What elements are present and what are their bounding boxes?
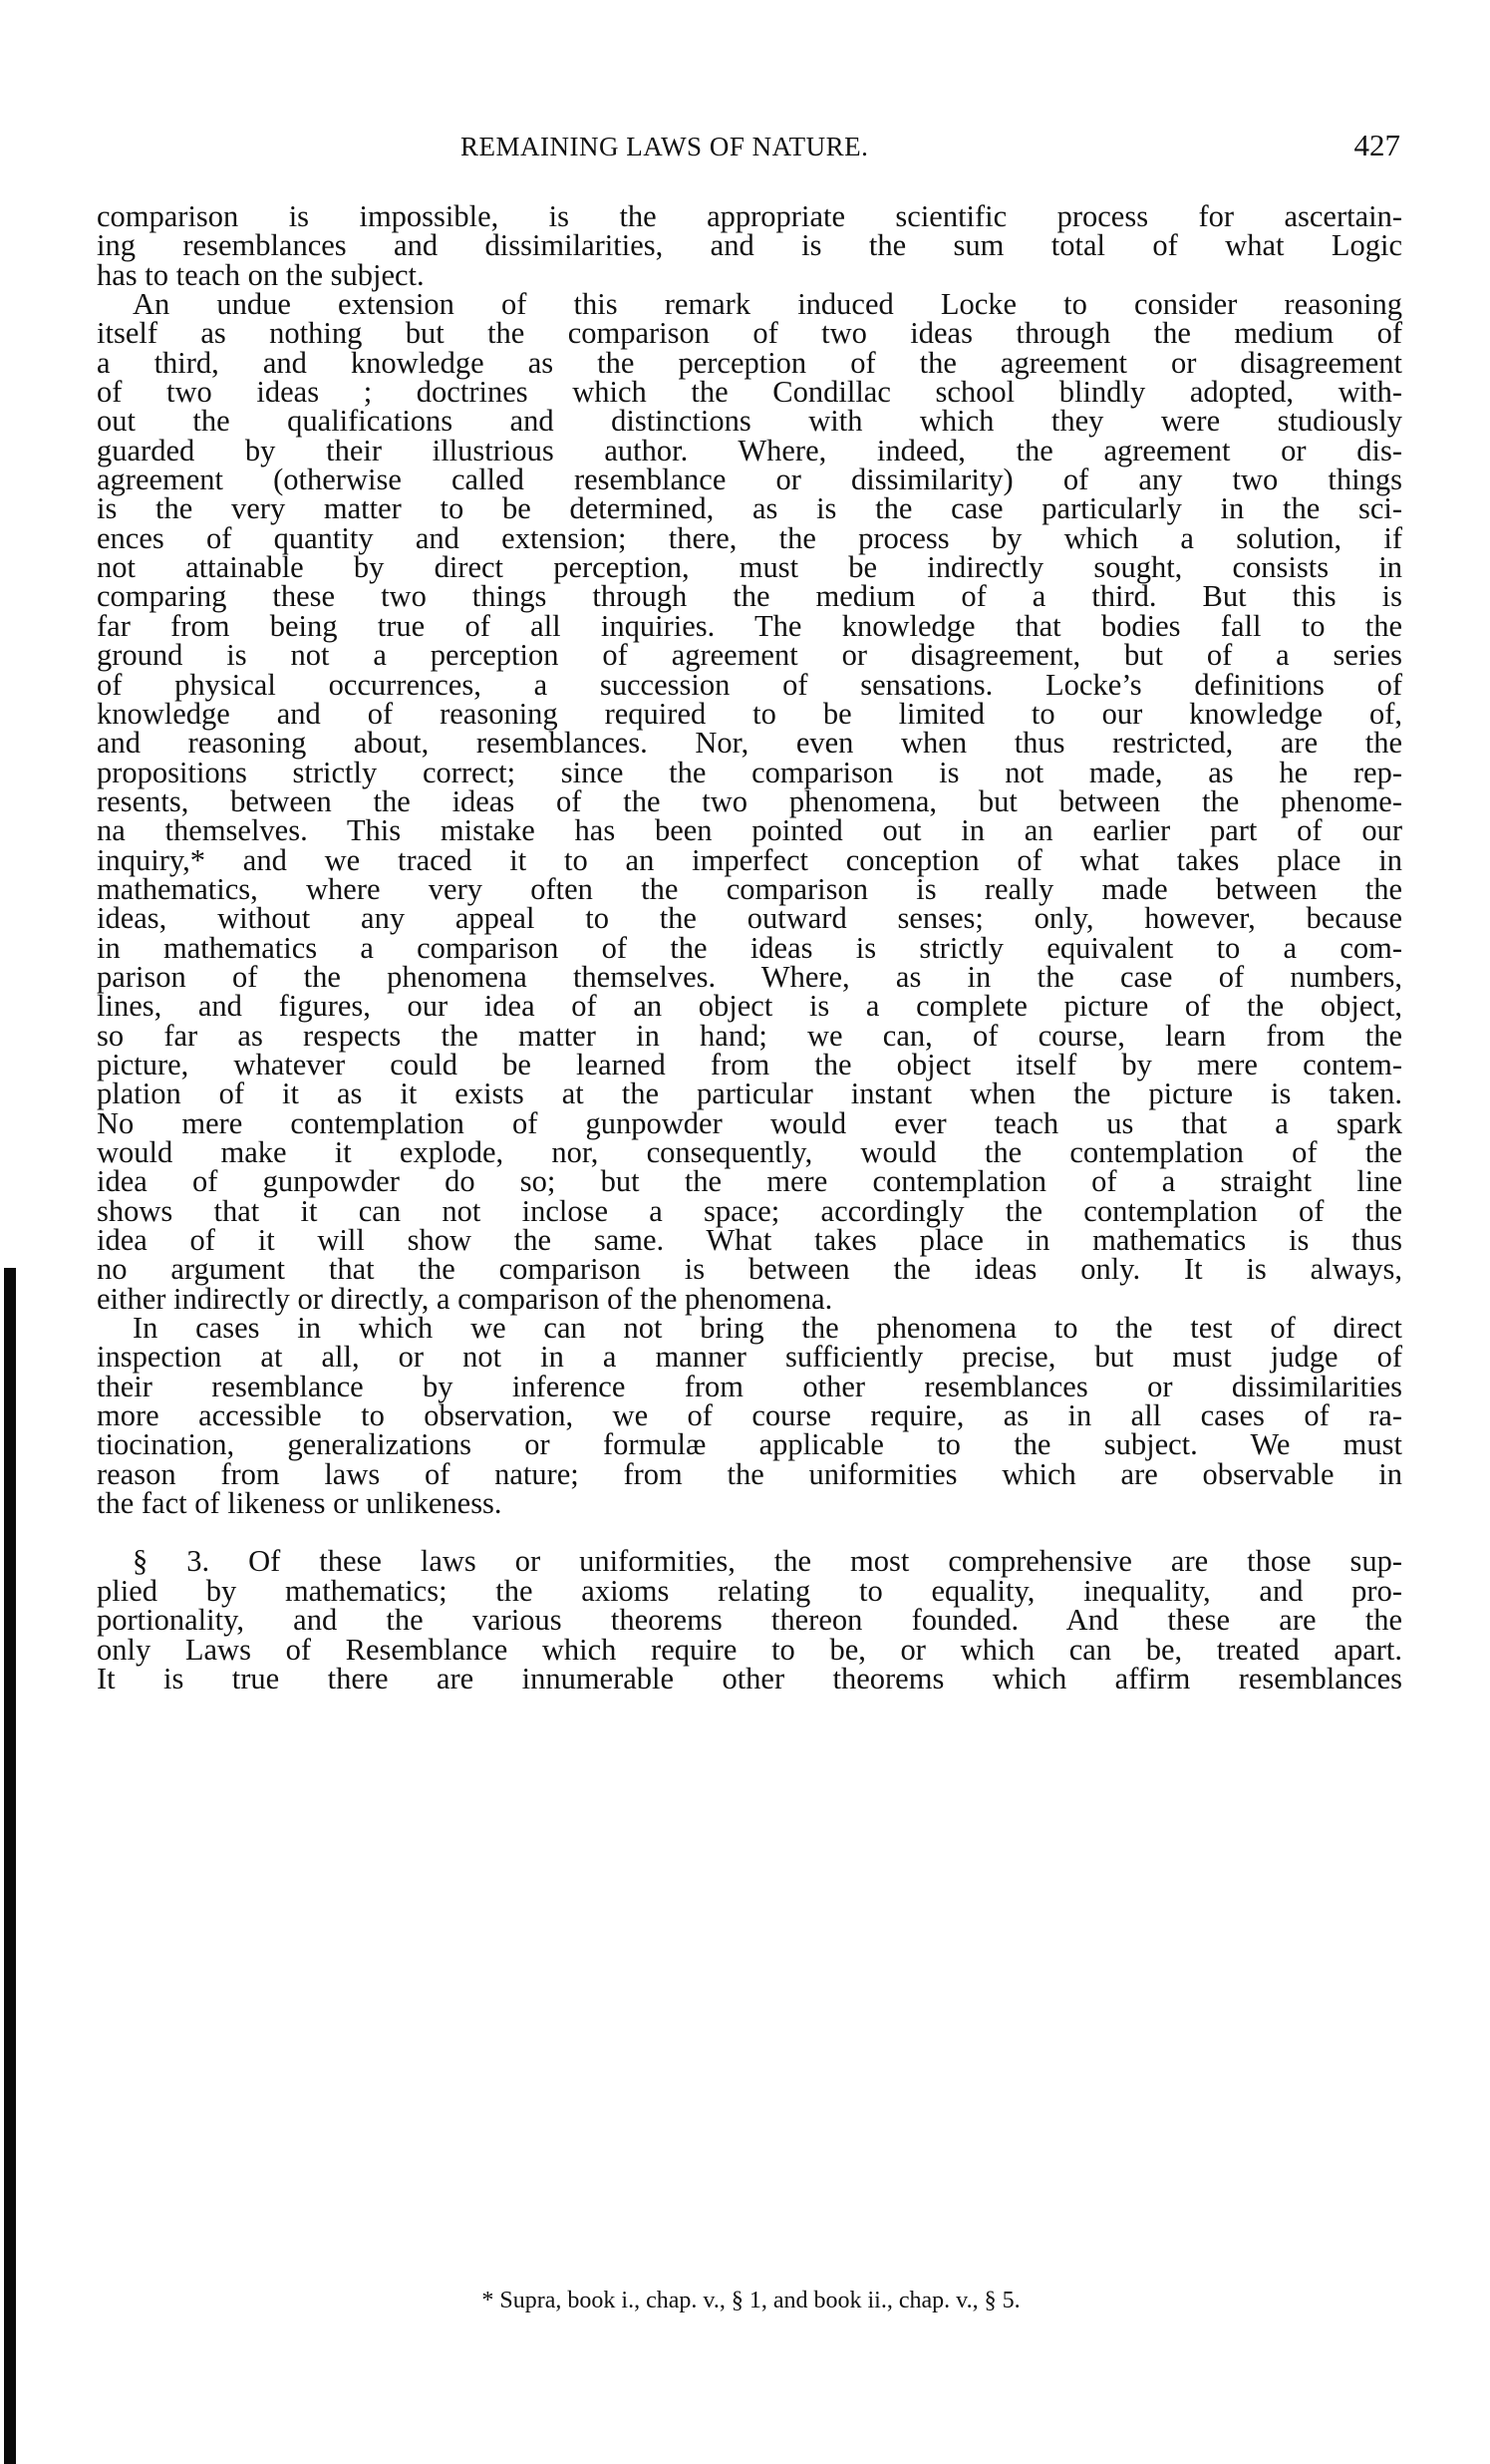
text-line: is the very matter to be determined, as … <box>97 494 1402 523</box>
text-line: far from being true of all inquiries. Th… <box>97 612 1402 641</box>
text-line: ground is not a perception of agreement … <box>97 641 1402 670</box>
text-line: idea of it will show the same. What take… <box>97 1226 1402 1255</box>
text-line: a third, and knowledge as the perception… <box>97 349 1402 378</box>
text-line: not attainable by direct perception, mus… <box>97 553 1402 582</box>
paragraph-section-3: § 3. Of these laws or uniformities, the … <box>97 1547 1402 1694</box>
text-line: propositions strictly correct; since the… <box>97 759 1402 787</box>
text-line: either indirectly or directly, a compari… <box>97 1285 1402 1314</box>
page-number: 427 <box>1354 128 1401 163</box>
text-line: so far as respects the matter in hand; w… <box>97 1022 1402 1051</box>
text-line: has to teach on the subject. <box>97 261 1402 290</box>
text-line: would make it explode, nor, consequently… <box>97 1138 1402 1167</box>
text-line: tiocination, generalizations or formulæ … <box>97 1430 1402 1459</box>
text-line: resents, between the ideas of the two ph… <box>97 787 1402 816</box>
paragraph: comparison is impossible, is the appropr… <box>97 202 1402 290</box>
text-line: knowledge and of reasoning required to b… <box>97 700 1402 729</box>
text-line: idea of gunpowder do so; but the mere co… <box>97 1167 1402 1196</box>
section-heading-line: § 3. Of these laws or uniformities, the … <box>97 1547 1402 1576</box>
text-line: of physical occurrences, a succession of… <box>97 671 1402 700</box>
text-line: their resemblance by inference from othe… <box>97 1373 1402 1401</box>
text-line: shows that it can not inclose a space; a… <box>97 1197 1402 1226</box>
paragraph: An undue extension of this remark induce… <box>97 290 1402 1314</box>
text-line: ences of quantity and extension; there, … <box>97 524 1402 553</box>
text-line: and reasoning about, resemblances. Nor, … <box>97 729 1402 758</box>
text-line: out the qualifications and distinctions … <box>97 407 1402 436</box>
text-line: itself as nothing but the comparison of … <box>97 319 1402 348</box>
text-line: plation of it as it exists at the partic… <box>97 1079 1402 1108</box>
footnote-text: Supra, book i., chap. v., § 1, and book … <box>499 2288 1020 2313</box>
text-line: the fact of likeness or unlikeness. <box>97 1489 1402 1518</box>
text-line: guarded by their illustrious author. Whe… <box>97 437 1402 465</box>
text-line: mathematics, where very often the compar… <box>97 875 1402 904</box>
text-line: plied by mathematics; the axioms relatin… <box>97 1577 1402 1606</box>
text-line: comparing these two things through the m… <box>97 582 1402 611</box>
paragraph: In cases in which we can not bring the p… <box>97 1314 1402 1518</box>
text-line: In cases in which we can not bring the p… <box>97 1314 1402 1343</box>
footnote: * Supra, book i., chap. v., § 1, and boo… <box>0 2288 1490 2314</box>
text-line: comparison is impossible, is the appropr… <box>97 202 1402 231</box>
text-line: in mathematics a comparison of the ideas… <box>97 934 1402 963</box>
running-title: REMAINING LAWS OF NATURE. <box>460 132 868 162</box>
text-line: It is true there are innumerable other t… <box>97 1665 1402 1694</box>
text-line: na themselves. This mistake has been poi… <box>97 816 1402 845</box>
footnote-marker: * <box>481 2288 493 2313</box>
body-text: comparison is impossible, is the appropr… <box>97 202 1402 1694</box>
text-line: parison of the phenomena themselves. Whe… <box>97 963 1402 992</box>
text-line-with-footnote-ref: inquiry,* and we traced it to an imperfe… <box>97 846 1402 875</box>
text-line: no argument that the comparison is betwe… <box>97 1255 1402 1284</box>
text-line: reason from laws of nature; from the uni… <box>97 1460 1402 1489</box>
text-line: picture, whatever could be learned from … <box>97 1051 1402 1079</box>
text-line: ing resemblances and dissimilarities, an… <box>97 231 1402 260</box>
text-line: inspection at all, or not in a manner su… <box>97 1343 1402 1372</box>
text-line: ideas, without any appeal to the outward… <box>97 904 1402 933</box>
text-line: agreement (otherwise called resemblance … <box>97 465 1402 494</box>
text-line: only Laws of Resemblance which require t… <box>97 1636 1402 1665</box>
text-line: An undue extension of this remark induce… <box>97 290 1402 319</box>
scan-edge-shadow <box>4 1268 16 2464</box>
text-line: more accessible to observation, we of co… <box>97 1401 1402 1430</box>
text-line: of two ideas ; doctrines which the Condi… <box>97 378 1402 407</box>
text-line: lines, and figures, our idea of an objec… <box>97 992 1402 1021</box>
section-break <box>97 1518 1402 1547</box>
page-header: REMAINING LAWS OF NATURE. 427 <box>97 128 1400 167</box>
text-line: No mere contemplation of gunpowder would… <box>97 1109 1402 1138</box>
text-line: portionality, and the various theorems t… <box>97 1606 1402 1635</box>
